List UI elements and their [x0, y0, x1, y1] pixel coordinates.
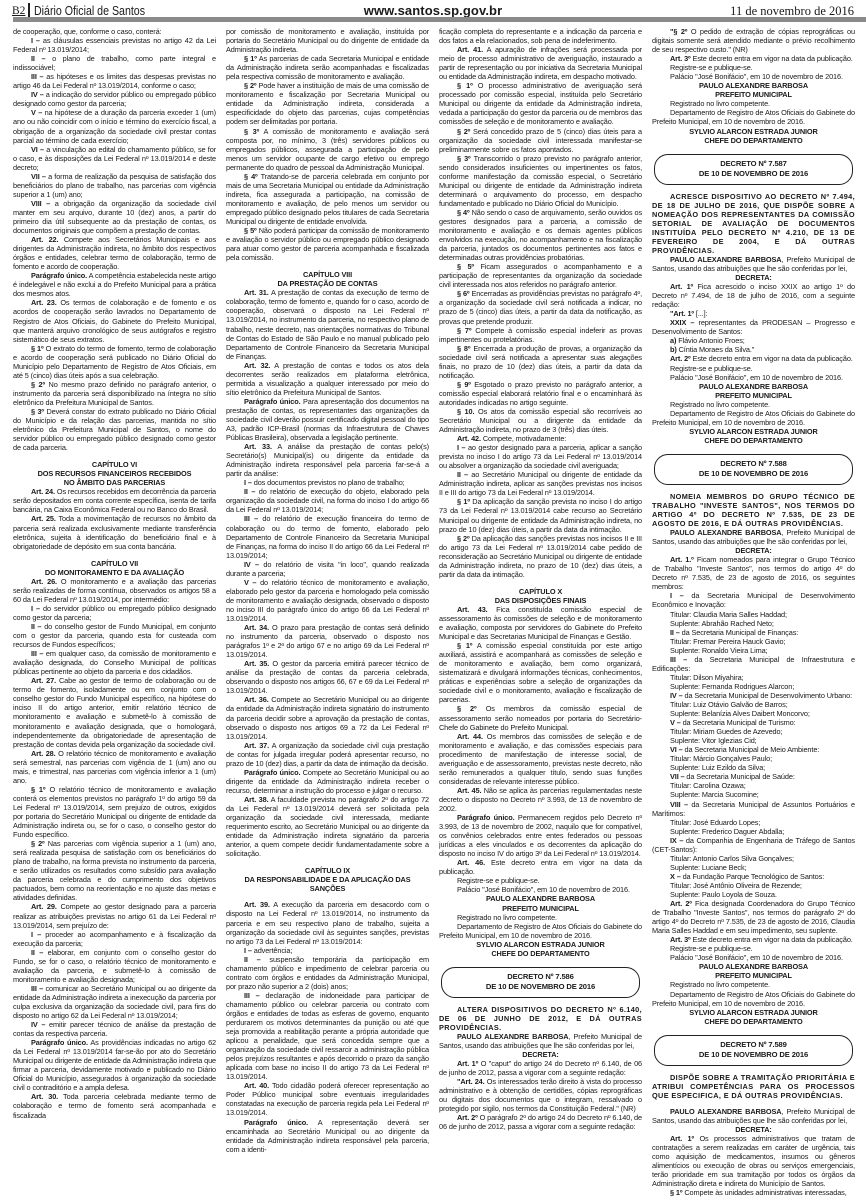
paragraph: "Art. 1º [...]: — [652, 309, 855, 318]
paragraph: b) Cíntia Moraes da Silva." — [652, 345, 855, 354]
paragraph-lead: Art. 1º — [670, 282, 693, 291]
paragraph: § 9º Esgotado o prazo previsto no parágr… — [439, 380, 642, 407]
paragraph: Parágrafo único. A competência estabelec… — [13, 271, 216, 298]
paragraph: PAULO ALEXANDRE BARBOSA, Prefeito Munici… — [652, 1107, 855, 1125]
paragraph: Suplente: Belanízia Alves Daibert Moncor… — [652, 709, 855, 718]
paragraph-text: Será concedido prazo de 5 (cinco) dias ú… — [439, 127, 642, 154]
heading-line: SYLVIO ALARCON ESTRADA JUNIOR — [439, 940, 642, 949]
paragraph-text: Suplente: Ronaldo Vieira Lima; — [670, 646, 768, 655]
paragraph: Art. 1º Fica acrescido o inciso XXIX ao … — [652, 282, 855, 309]
paragraph-text: ficação completa do representante e a in… — [439, 27, 642, 45]
paragraph-text: Suplente: Luiz Ezildo da Silva; — [670, 763, 765, 772]
paragraph: Art. 37. A organização da sociedade civi… — [226, 741, 429, 768]
paragraph-lead: IV – — [31, 1020, 45, 1029]
heading-line: PAULO ALEXANDRE BARBOSA — [652, 962, 855, 971]
paragraph-text: Registre-se e publique-se. — [457, 876, 540, 885]
paragraph: Parágrafo único. Para apresentação dos d… — [226, 397, 429, 442]
heading-line: PREFEITO MUNICIPAL — [652, 971, 855, 980]
heading-line: SYLVIO ALARCON ESTRADA JUNIOR — [652, 427, 855, 436]
paragraph: Suplente: Fernanda Rodrigues Alarcon; — [652, 682, 855, 691]
paragraph-text: elaborar, em conjunto com o conselho ges… — [13, 948, 216, 984]
paragraph: Art. 39. A execução da parceria em desac… — [226, 900, 429, 945]
paragraph-text: Cíntia Moraes da Silva." — [677, 345, 755, 354]
paragraph-lead: Art. 31. — [244, 288, 269, 297]
paragraph: VI – a vinculação ao edital do chamament… — [13, 145, 216, 172]
paragraph: Art. 32. A prestação de contas e todos o… — [226, 361, 429, 397]
paragraph: VII – da Secretaria Municipal de Saúde: — [652, 772, 855, 781]
heading-line: DO MONITORAMENTO E DA AVALIAÇÃO — [13, 568, 216, 577]
paragraph-text: por comissão de monitoramento e avaliaçã… — [226, 27, 429, 54]
paragraph: Titular: Antonio Carlos Silva Gonçalves; — [652, 854, 855, 863]
paragraph-lead: Art. 40. — [244, 1081, 269, 1090]
paragraph-lead: Art. 2º — [457, 1113, 478, 1122]
paragraph: I – advertência; — [226, 946, 429, 955]
heading-line: CHEFE DO DEPARTAMENTO — [652, 1017, 855, 1026]
heading-line: DECRETA: — [652, 546, 855, 555]
paragraph-lead: Art. 3º — [670, 935, 691, 944]
paragraph-lead: III – — [670, 655, 687, 664]
paragraph-text: Suplente: Abrahão Rached Neto; — [670, 619, 774, 628]
paragraph-lead: II – — [31, 54, 45, 63]
heading-line: CAPÍTULO VIII — [226, 270, 429, 279]
paragraph-text: Compete, motivadamente: — [481, 434, 566, 443]
paragraph: III – em qualquer caso, da comissão de m… — [13, 649, 216, 676]
paragraph: Art. 30. Toda parceria celebrada mediant… — [13, 1092, 216, 1119]
paragraph: Palácio "José Bonifácio", em 10 de novem… — [652, 373, 855, 382]
paragraph-text: Não sendo o caso de arquivamento, serão … — [439, 208, 642, 262]
paragraph-lead: § 7º — [457, 326, 471, 335]
paragraph-text: Registre-se e publique-se. — [670, 63, 753, 72]
paragraph-lead: § 2º — [31, 839, 45, 848]
heading-line: SYLVIO ALARCON ESTRADA JUNIOR — [652, 1008, 855, 1017]
paragraph-lead: Art. 43. — [457, 605, 488, 614]
page-columns: de cooperação, que, conforme o caso, con… — [13, 27, 855, 1199]
paragraph-text: da Fundação Parque Tecnológico de Santos… — [681, 872, 824, 881]
paragraph-text: declaração de inidoneidade para particip… — [226, 991, 429, 1081]
heading-line: DA RESPONSABILIDADE E DA APLICAÇÃO DAS S… — [226, 875, 429, 893]
paragraph: II – do relatório de execução do objeto,… — [226, 487, 429, 514]
paragraph: V – do relatório técnico de monitorament… — [226, 578, 429, 623]
paragraph-lead: § 1º — [31, 785, 45, 794]
paragraph: I – dos documentos previstos no plano de… — [226, 478, 429, 487]
paragraph-lead: II – — [244, 487, 255, 496]
paragraph-lead: I – — [244, 478, 252, 487]
paragraph-text: da Secretaria Municipal de Saúde: — [685, 772, 795, 781]
paragraph: Art. 2º Fica designada Coordenadora do G… — [652, 899, 855, 935]
paragraph: I – proceder ao acompanhamento e à fisca… — [13, 930, 216, 948]
paragraph-text: Suplente: Belanízia Alves Daibert Moncor… — [670, 709, 810, 718]
paragraph-text: do servidor público ou empregado público… — [13, 604, 216, 622]
heading-line: CAPÍTULO IX — [226, 866, 429, 875]
paragraph: Titular: Fremar Pereira Hauck Gavio; — [652, 637, 855, 646]
signature-block: SYLVIO ALARCON ESTRADA JUNIORCHEFE DO DE… — [439, 940, 642, 958]
paragraph-text: Titular: Miriam Guedes de Azevedo; — [670, 727, 782, 736]
paragraph-text: Compete às unidades administrativas inte… — [682, 1188, 846, 1197]
paragraph-lead: § 8º — [457, 344, 470, 353]
paragraph: XXIX – representantes da PRODESAN – Prog… — [652, 318, 855, 336]
paragraph-lead: § 1º — [244, 54, 257, 63]
paragraph: Art. 44. Os membros das comissões de sel… — [439, 732, 642, 786]
heading-line: CHEFE DO DEPARTAMENTO — [652, 136, 855, 145]
paragraph: I – as cláusulas essenciais previstas no… — [13, 36, 216, 54]
paragraph-lead: II – — [31, 622, 42, 631]
paragraph-lead: PAULO ALEXANDRE BARBOSA — [457, 1032, 568, 1041]
paragraph: § 4º Não sendo o caso de arquivamento, s… — [439, 208, 642, 262]
paragraph-text: Titular: Dilson Miyahira; — [670, 673, 743, 682]
paragraph-lead: Art. 30. — [31, 1092, 58, 1101]
heading-line: NO ÂMBITO DAS PARCERIAS — [13, 478, 216, 487]
paragraph: § 2º Nas parcerias com vigência superior… — [13, 839, 216, 902]
paragraph-lead: V – — [244, 578, 256, 587]
paragraph-lead: Art. 29. — [31, 902, 57, 911]
paragraph-text: Titular: Luiz Otávio Galvão de Barros; — [670, 700, 788, 709]
paragraph: III – comunicar ao Secretário Municipal … — [13, 984, 216, 1020]
paragraph-text: da Secretaria Municipal de Turismo: — [681, 718, 796, 727]
paragraph-lead: VI – — [31, 145, 44, 154]
paragraph-lead: § 1º — [670, 1188, 682, 1197]
paragraph: Registrado no livro competente. — [652, 980, 855, 989]
paragraph: Titular: Miriam Guedes de Azevedo; — [652, 727, 855, 736]
paragraph-text: Tratando-se de parceria celebrada em con… — [226, 172, 429, 226]
paragraph: ficação completa do representante e a in… — [439, 27, 642, 45]
paragraph-lead: Art. 28. — [31, 749, 56, 758]
paragraph-text: Da aplicação da sanção prevista no incis… — [439, 497, 642, 533]
paragraph: II – ao Secretário Municipal ou dirigent… — [439, 470, 642, 497]
paragraph: Art. 2º O parágrafo 2º do artigo 24 do D… — [439, 1113, 642, 1131]
paragraph-text: Não poderá participar da comissão de mon… — [226, 226, 429, 262]
paragraph: por comissão de monitoramento e avaliaçã… — [226, 27, 429, 54]
paragraph: III – declaração de inidoneidade para pa… — [226, 991, 429, 1081]
heading-line: DECRETA: — [652, 273, 855, 282]
paragraph: Parágrafo único. As providências indicad… — [13, 1038, 216, 1092]
paragraph: § 3º A comissão de monitoramento e avali… — [226, 127, 429, 172]
paragraph: "§ 2º O pedido de extração de cópias rep… — [652, 27, 855, 54]
paragraph-lead: Parágrafo único. — [31, 271, 87, 280]
paragraph: Registre-se e publique-se. — [652, 364, 855, 373]
column-3: ficação completa do representante e a in… — [439, 27, 642, 1199]
paragraph-text: Suplente: Marcia Sucomine; — [670, 790, 759, 799]
paragraph-text: do relatório técnico de monitoramento e … — [226, 578, 429, 623]
chapter-heading: CAPÍTULO XDAS DISPOSIÇÕES FINAIS — [439, 587, 642, 605]
paragraph: Parágrafo único. Permanecem regidos pelo… — [439, 813, 642, 858]
decree-summary: DISPÕE SOBRE A TRAMITAÇÃO PRIORITÁRIA E … — [652, 1073, 855, 1100]
paragraph-text: A comissão especial constituída por este… — [439, 641, 642, 704]
paragraph-text: Titular: Carolina Ozawa; — [670, 781, 746, 790]
paragraph-lead: III – — [31, 984, 43, 993]
signature-block: DECRETA: — [652, 273, 855, 282]
paragraph-lead: Art. 39. — [244, 900, 270, 909]
page-header: B2 Diário Oficial de Santos www.santos.s… — [0, 0, 866, 24]
paragraph: § 5º Não poderá participar da comissão d… — [226, 226, 429, 262]
paragraph: PAULO ALEXANDRE BARBOSA, Prefeito Munici… — [652, 528, 855, 546]
heading-line: DE 10 DE NOVEMBRO DE 2016 — [442, 982, 639, 992]
paragraph: Art. 33. A análise da prestação de conta… — [226, 442, 429, 478]
paragraph-text: Os membros das comissões de seleção e de… — [439, 732, 642, 786]
paragraph-lead: § 2º — [244, 81, 257, 90]
decree-summary: NOMEIA MEMBROS DO GRUPO TÉCNICO DE TRABA… — [652, 492, 855, 528]
paragraph: Art. 1º O "caput" do artigo 24 do Decret… — [439, 1059, 642, 1077]
paragraph: § 3º Deverá constar do extrato publicado… — [13, 407, 216, 452]
paragraph: Suplente: Vitor Iglezias Cid; — [652, 736, 855, 745]
paragraph-text: Este decreto entra em vigor na data da p… — [691, 935, 853, 944]
paragraph-text: As providências indicadas no artigo 62 d… — [13, 1038, 216, 1092]
paragraph: § 10. Os atos da comissão especial são r… — [439, 407, 642, 434]
paragraph-lead: Art. 2º — [670, 899, 692, 908]
paragraph-lead: Art. 44. — [457, 732, 483, 741]
signature-block: SYLVIO ALARCON ESTRADA JUNIORCHEFE DO DE… — [652, 127, 855, 145]
paragraph: Art. 31. A prestação de contas da execuç… — [226, 288, 429, 360]
chapter-heading: CAPÍTULO IXDA RESPONSABILIDADE E DA APLI… — [226, 866, 429, 893]
paragraph-lead: § 4º — [244, 172, 258, 181]
paragraph-lead: Art. 45. — [457, 786, 481, 795]
paragraph: § 2º Os membros da comissão especial de … — [439, 704, 642, 731]
paragraph-text: da Companhia de Engenharia de Tráfego de… — [652, 836, 855, 854]
paragraph: Art. 2º Este decreto entra em vigor na d… — [652, 354, 855, 363]
paragraph: Art. 40. Todo cidadão poderá oferecer re… — [226, 1081, 429, 1117]
paragraph: Art. 29. Compete ao gestor designado par… — [13, 902, 216, 929]
paragraph: § 1º O processo administrativo de averig… — [439, 81, 642, 126]
paragraph: Art. 46. Este decreto entra em vigor na … — [439, 858, 642, 876]
paragraph-lead: PAULO ALEXANDRE BARBOSA — [670, 1107, 781, 1116]
heading-line: DECRETO Nº 7.588 — [655, 459, 852, 469]
paragraph-text: Registre-se e publique-se. — [670, 364, 753, 373]
paragraph: II – o plano de trabalho, como parte int… — [13, 54, 216, 72]
paragraph: Art. 36. Compete ao Secretário Municipal… — [226, 695, 429, 740]
signature-block: PAULO ALEXANDRE BARBOSAPREFEITO MUNICIPA… — [439, 894, 642, 912]
paragraph-text: Cabe ao gestor de termo de colaboração o… — [13, 676, 216, 748]
paragraph-lead: III – — [31, 72, 44, 81]
paragraph-text: Departamento de Registro de Atos Oficiai… — [652, 990, 855, 1008]
paragraph: Titular: Luiz Otávio Galvão de Barros; — [652, 700, 855, 709]
paragraph-lead: VII – — [31, 172, 46, 181]
paragraph-text: da Secretaria Municipal de Desenvolvimen… — [683, 691, 852, 700]
paragraph: "Art. 24. Os interessados terão direito … — [439, 1077, 642, 1113]
paragraph-text: da Secretaria Municipal de Finanças: — [680, 628, 798, 637]
heading-line: PAULO ALEXANDRE BARBOSA — [652, 382, 855, 391]
header-rule — [13, 17, 866, 22]
paragraph-text: Este decreto entra em vigor na data da p… — [691, 354, 853, 363]
paragraph: Art. 28. O relatório técnico de monitora… — [13, 749, 216, 785]
paragraph: Art. 22. Compete aos Secretários Municip… — [13, 235, 216, 271]
paragraph: Art. 43. Fica constituída comissão espec… — [439, 605, 642, 641]
paragraph-lead: Parágrafo único. — [244, 768, 300, 777]
paragraph: Art. 24. Os recursos recebidos em decorr… — [13, 487, 216, 514]
paragraph: Titular: Márcio Gonçalves Paulo; — [652, 754, 855, 763]
paragraph: V – na hipótese de a duração da parceria… — [13, 108, 216, 144]
paragraph-lead: XXIX – — [670, 318, 694, 327]
paragraph-text: Registrado no livro competente. — [457, 913, 557, 922]
paragraph: Departamento de Registro de Atos Oficiai… — [652, 108, 855, 126]
paragraph-lead: Art. 3º — [670, 54, 691, 63]
paragraph: II – do conselho gestor de Fundo Municip… — [13, 622, 216, 649]
paragraph-lead: Art. 34. — [244, 623, 269, 632]
paragraph: IV – da Secretaria Municipal de Desenvol… — [652, 691, 855, 700]
chapter-heading: CAPÍTULO VIDOS RECURSOS FINANCEIROS RECE… — [13, 460, 216, 487]
paragraph: Palácio "José Bonifácio", em 10 de novem… — [439, 885, 642, 894]
paragraph-text: Encerrada a produção de provas, a organi… — [439, 344, 642, 380]
paragraph: V – da Secretaria Municipal de Turismo: — [652, 718, 855, 727]
paragraph-lead: PAULO ALEXANDRE BARBOSA — [670, 528, 781, 537]
paragraph-lead: II – — [31, 948, 43, 957]
column-4: "§ 2º O pedido de extração de cópias rep… — [652, 27, 855, 1199]
paragraph-lead: § 3º — [244, 127, 259, 136]
paragraph: PAULO ALEXANDRE BARBOSA, Prefeito Munici… — [439, 1032, 642, 1050]
paragraph-lead: § 1º — [31, 344, 44, 353]
paragraph-text: de cooperação, que, conforme o caso, con… — [13, 27, 162, 36]
decree-summary: ALTERA DISPOSITIVOS DO DECRETO Nº 6.140,… — [439, 1005, 642, 1032]
paragraph: § 7º Compete à comissão especial indefer… — [439, 326, 642, 344]
paragraph-lead: VIII – — [31, 199, 50, 208]
paragraph: III – do relatório de execução financeir… — [226, 514, 429, 559]
paragraph-text: Pode haver a instituição de mais de uma … — [226, 81, 429, 126]
paragraph: § 1º As parcerias de cada Secretaria Mun… — [226, 54, 429, 81]
paragraph: II – suspensão temporária da participaçã… — [226, 955, 429, 991]
paragraph-lead: § 2º — [457, 704, 477, 713]
paragraph: § 2º Será concedido prazo de 5 (cinco) d… — [439, 127, 642, 154]
paragraph: § 8º Encerrada a produção de provas, a o… — [439, 344, 642, 380]
paragraph: Suplente: Luiz Ezildo da Silva; — [652, 763, 855, 772]
heading-line: PREFEITO MUNICIPAL — [652, 90, 855, 99]
decree-title-box: DECRETO Nº 7.586DE 10 DE NOVEMBRO DE 201… — [441, 967, 640, 998]
signature-block: DECRETA: — [652, 546, 855, 555]
paragraph-text: Titular: Fremar Pereira Hauck Gavio; — [670, 637, 785, 646]
heading-line: DECRETO Nº 7.589 — [655, 1040, 852, 1050]
paragraph: VIII – da Secretaria Municipal de Assunt… — [652, 800, 855, 818]
paragraph-text: ao gestor designado para a parceria, apl… — [439, 443, 642, 470]
paragraph-lead: III – — [244, 514, 258, 523]
paragraph-text: As parcerias de cada Secretaria Municipa… — [226, 54, 429, 81]
paragraph: § 1º A comissão especial constituída por… — [439, 641, 642, 704]
paragraph-lead: Art. 22. — [31, 235, 58, 244]
paragraph: Art. 1º Os processos administrativos que… — [652, 1134, 855, 1188]
paragraph: II – elaborar, em conjunto com o conselh… — [13, 948, 216, 984]
paragraph-lead: b) — [670, 345, 677, 354]
paragraph: Suplente: Luciane Beck; — [652, 863, 855, 872]
paragraph-lead: Art. 24. — [31, 487, 55, 496]
paragraph-lead: Art. 1º — [670, 1134, 694, 1143]
paragraph-lead: § 5º — [457, 262, 474, 271]
paragraph-lead: § 6º — [457, 289, 469, 298]
paragraph: Titular: Claudia Maria Salles Haddad; — [652, 610, 855, 619]
paragraph: Titular: Dilson Miyahira; — [652, 673, 855, 682]
paragraph-text: Titular: Claudia Maria Salles Haddad; — [670, 610, 787, 619]
paragraph-text: Registrado no livro competente. — [670, 400, 770, 409]
paragraph-text: Titular: Antonio Carlos Silva Gonçalves; — [670, 854, 794, 863]
paragraph-lead: Art. 46. — [457, 858, 485, 867]
paragraph-lead: § 2º — [457, 127, 470, 136]
paragraph: Art. 38. A faculdade prevista no parágra… — [226, 795, 429, 858]
paragraph: IV – emitir parecer técnico de análise d… — [13, 1020, 216, 1038]
paragraph-lead: § 10. — [457, 407, 474, 416]
paragraph: § 2º Pode haver a instituição de mais de… — [226, 81, 429, 126]
column-1: de cooperação, que, conforme o caso, con… — [13, 27, 216, 1199]
paragraph: § 1º Compete às unidades administrativas… — [652, 1188, 855, 1197]
paragraph-text: Palácio "José Bonifácio", em 10 de novem… — [457, 885, 630, 894]
heading-line: DA PRESTAÇÃO DE CONTAS — [226, 279, 429, 288]
paragraph-lead: IV – — [244, 560, 259, 569]
heading-line: DECRETA: — [439, 1050, 642, 1059]
paragraph: Art. 27. Cabe ao gestor de termo de cola… — [13, 676, 216, 748]
paragraph-text: Flávio Antonio Froes; — [676, 336, 744, 345]
signature-block: PAULO ALEXANDRE BARBOSAPREFEITO MUNICIPA… — [652, 382, 855, 400]
signature-block: DECRETA: — [439, 1050, 642, 1059]
decree-summary: ACRESCE DISPOSITIVO AO DECRETO Nº 7.494,… — [652, 192, 855, 255]
paragraph-text: a vinculação ao edital do chamamento púb… — [13, 145, 216, 172]
paragraph-lead: Art. 42. — [457, 434, 481, 443]
paragraph-lead: VII – — [670, 772, 685, 781]
paragraph: Suplente: Abrahão Rached Neto; — [652, 619, 855, 628]
paragraph: I – ao gestor designado para a parceria,… — [439, 443, 642, 470]
decree-title-box: DECRETO Nº 7.589DE 10 DE NOVEMBRO DE 201… — [654, 1035, 853, 1066]
heading-line: DECRETO Nº 7.586 — [442, 972, 639, 982]
paragraph-lead: IX – — [670, 836, 683, 845]
paragraph-lead: II – — [244, 955, 261, 964]
paragraph-text: comunicar ao Secretário Municipal ou ao … — [13, 984, 216, 1020]
paragraph-lead: V – — [31, 108, 42, 117]
paragraph-lead: § 9º — [457, 380, 471, 389]
paragraph-text: A faculdade prevista no parágrafo 2º do … — [226, 795, 429, 858]
paragraph: de cooperação, que, conforme o caso, con… — [13, 27, 216, 36]
paragraph: § 1º O relatório técnico de monitorament… — [13, 785, 216, 839]
paragraph: Suplente: Frederico Daguer Abdalla; — [652, 827, 855, 836]
paragraph-text: as cláusulas essenciais previstas no art… — [13, 36, 216, 54]
paragraph: Art. 3º Este decreto entra em vigor na d… — [652, 54, 855, 63]
paragraph: X – da Fundação Parque Tecnológico de Sa… — [652, 872, 855, 881]
paragraph: VI – da Secretaria Municipal de Meio Amb… — [652, 745, 855, 754]
paragraph: § 3º Transcorrido o prazo previsto no pa… — [439, 154, 642, 208]
chapter-heading: CAPÍTULO VIIDO MONITORAMENTO E DA AVALIA… — [13, 559, 216, 577]
paragraph-text: as hipóteses e os limites das despesas p… — [13, 72, 216, 90]
signature-block: DECRETA: — [652, 1125, 855, 1134]
paragraph: IX – da Companhia de Engenharia de Tráfe… — [652, 836, 855, 854]
paragraph-text: Departamento de Registro de Atos Oficiai… — [439, 922, 642, 940]
paragraph: III – as hipóteses e os limites das desp… — [13, 72, 216, 90]
paragraph: Suplente: Ronaldo Vieira Lima; — [652, 646, 855, 655]
paragraph-lead: VIII – — [670, 800, 688, 809]
paragraph-text: do relatório de execução do objeto, elab… — [226, 487, 429, 514]
paragraph-text: A prestação de contas da execução de ter… — [226, 288, 429, 360]
paragraph-text: O relatório técnico de monitoramento e a… — [13, 785, 216, 839]
paragraph-lead: III – — [31, 649, 43, 658]
paragraph-lead: § 1º — [457, 641, 472, 650]
paragraph-text: Registrado no livro competente. — [670, 99, 770, 108]
heading-line: CAPÍTULO VII — [13, 559, 216, 568]
paragraph-text: Departamento de Registro de Atos Oficiai… — [652, 409, 855, 427]
paragraph: Art. 41. A apuração de infrações será pr… — [439, 45, 642, 81]
paragraph-lead: "Art. 1º — [670, 309, 694, 318]
paragraph-lead: Art. 37. — [244, 741, 269, 750]
paragraph-text: na hipótese de a duração da parceria exc… — [13, 108, 216, 144]
paragraph-lead: I – — [31, 604, 40, 613]
paragraph-text: Titular: José Eduardo Lopes; — [670, 818, 760, 827]
paragraph: Art. 23. Os termos de colaboração e de f… — [13, 298, 216, 343]
paragraph-lead: Art. 1.º — [670, 555, 694, 564]
paragraph-lead: Art. 33. — [244, 442, 272, 451]
paragraph-lead: IV – — [31, 90, 44, 99]
paragraph: Titular: José Eduardo Lopes; — [652, 818, 855, 827]
paragraph: Art. 35. O gestor da parceria emitirá pa… — [226, 659, 429, 695]
paragraph-text: Titular: José Antônio Oliveira de Rezend… — [670, 881, 802, 890]
signature-block: PAULO ALEXANDRE BARBOSAPREFEITO MUNICIPA… — [652, 81, 855, 99]
paragraph: Palácio "José Bonifácio", em 10 de novem… — [652, 953, 855, 962]
paragraph-text: Transcorrido o prazo previsto no parágra… — [439, 154, 642, 208]
heading-line: PAULO ALEXANDRE BARBOSA — [652, 81, 855, 90]
paragraph-text: Deverá constar do extrato publicado no D… — [13, 407, 216, 452]
paragraph: Departamento de Registro de Atos Oficiai… — [439, 922, 642, 940]
paragraph: Suplente: Paulo Loyola de Souza. — [652, 890, 855, 899]
paragraph-lead: Art. 27. — [31, 676, 56, 685]
paragraph: Art. 42. Compete, motivadamente: — [439, 434, 642, 443]
